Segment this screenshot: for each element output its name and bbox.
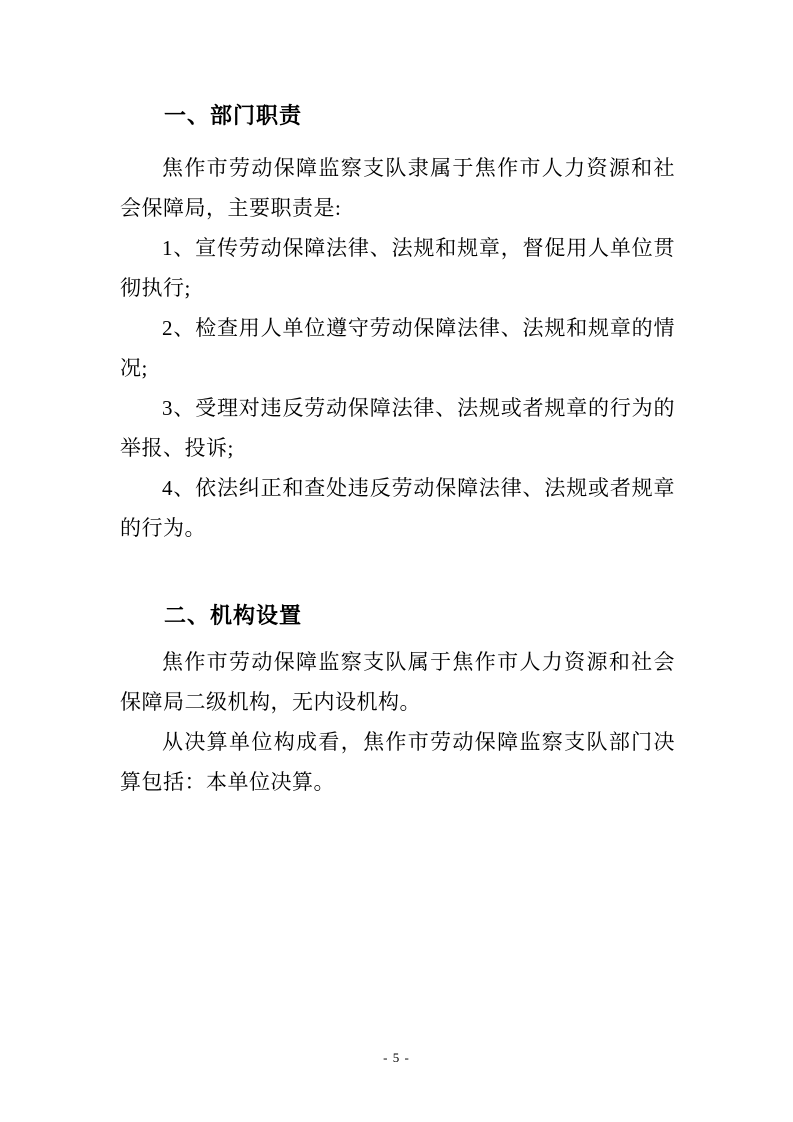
- document-content: 一、部门职责 焦作市劳动保障监察支队隶属于焦作市人力资源和社会保障局，主要职责是…: [120, 96, 675, 802]
- section-1-paragraph-intro: 焦作市劳动保障监察支队隶属于焦作市人力资源和社会保障局，主要职责是:: [120, 148, 675, 228]
- page-number: - 5 -: [0, 1050, 793, 1066]
- section-1-duty-item-4: 4、依法纠正和查处违反劳动保障法律、法规或者规章的行为。: [120, 468, 675, 548]
- section-2-paragraph-2: 从决算单位构成看，焦作市劳动保障监察支队部门决算包括：本单位决算。: [120, 722, 675, 802]
- section-1-duty-item-1: 1、宣传劳动保障法律、法规和规章，督促用人单位贯彻执行;: [120, 228, 675, 308]
- section-1-heading: 一、部门职责: [120, 96, 675, 136]
- section-2-heading: 二、机构设置: [120, 596, 675, 636]
- section-2-paragraph-1: 焦作市劳动保障监察支队属于焦作市人力资源和社会保障局二级机构，无内设机构。: [120, 642, 675, 722]
- document-page: 一、部门职责 焦作市劳动保障监察支队隶属于焦作市人力资源和社会保障局，主要职责是…: [0, 0, 793, 1122]
- section-1-duty-item-2: 2、检查用人单位遵守劳动保障法律、法规和规章的情况;: [120, 308, 675, 388]
- section-1-duty-item-3: 3、受理对违反劳动保障法律、法规或者规章的行为的举报、投诉;: [120, 388, 675, 468]
